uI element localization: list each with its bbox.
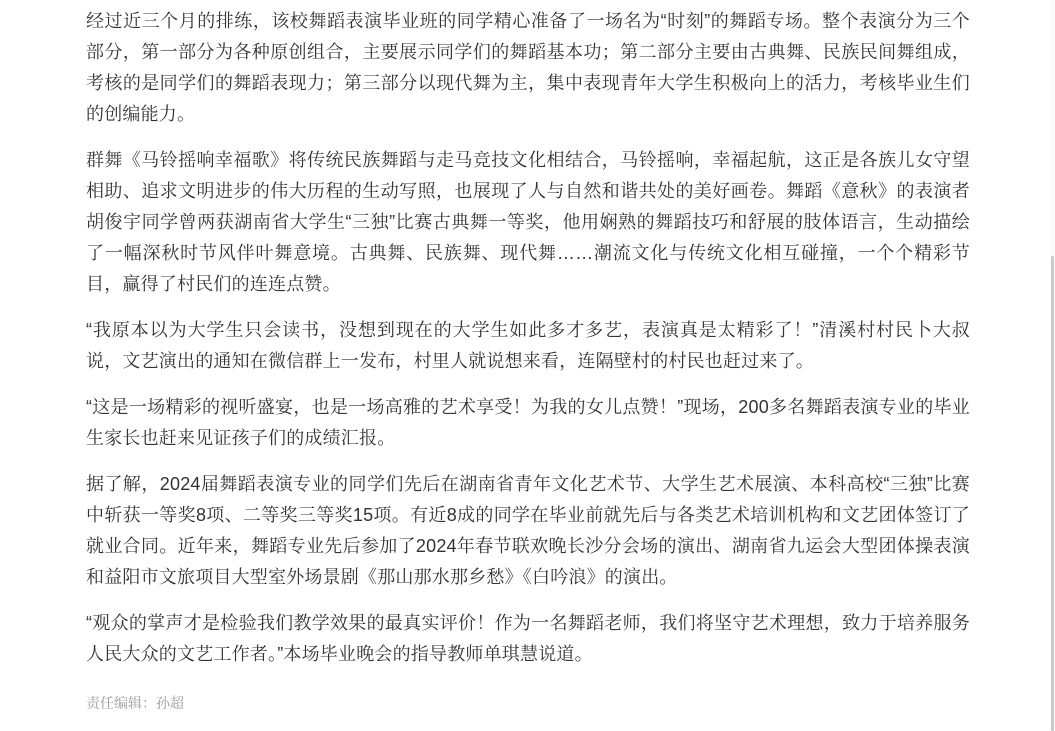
article-paragraph: “这是一场精彩的视听盛宴，也是一场高雅的艺术享受！为我的女儿点赞！”现场，200… xyxy=(86,392,970,454)
scrollbar[interactable] xyxy=(1050,0,1055,731)
article-paragraph: “我原本以为大学生只会读书，没想到现在的大学生如此多才多艺，表演真是太精彩了！”… xyxy=(86,315,970,377)
article-paragraph: 据了解，2024届舞蹈表演专业的同学们先后在湖南省青年文化艺术节、大学生艺术展演… xyxy=(86,469,970,593)
article-paragraph: “观众的掌声才是检验我们教学效果的最真实评价！作为一名舞蹈老师，我们将坚守艺术理… xyxy=(86,608,970,670)
article-paragraph: 群舞《马铃摇响幸福歌》将传统民族舞蹈与走马竞技文化相结合，马铃摇响，幸福起航，这… xyxy=(86,145,970,300)
article-paragraph: 经过近三个月的排练，该校舞蹈表演毕业班的同学精心准备了一场名为“时刻”的舞蹈专场… xyxy=(86,6,970,130)
scrollbar-thumb[interactable] xyxy=(1051,256,1054,731)
article-body: 经过近三个月的排练，该校舞蹈表演毕业班的同学精心准备了一场名为“时刻”的舞蹈专场… xyxy=(86,0,970,712)
editor-credit: 责任编辑：孙超 xyxy=(86,694,970,712)
